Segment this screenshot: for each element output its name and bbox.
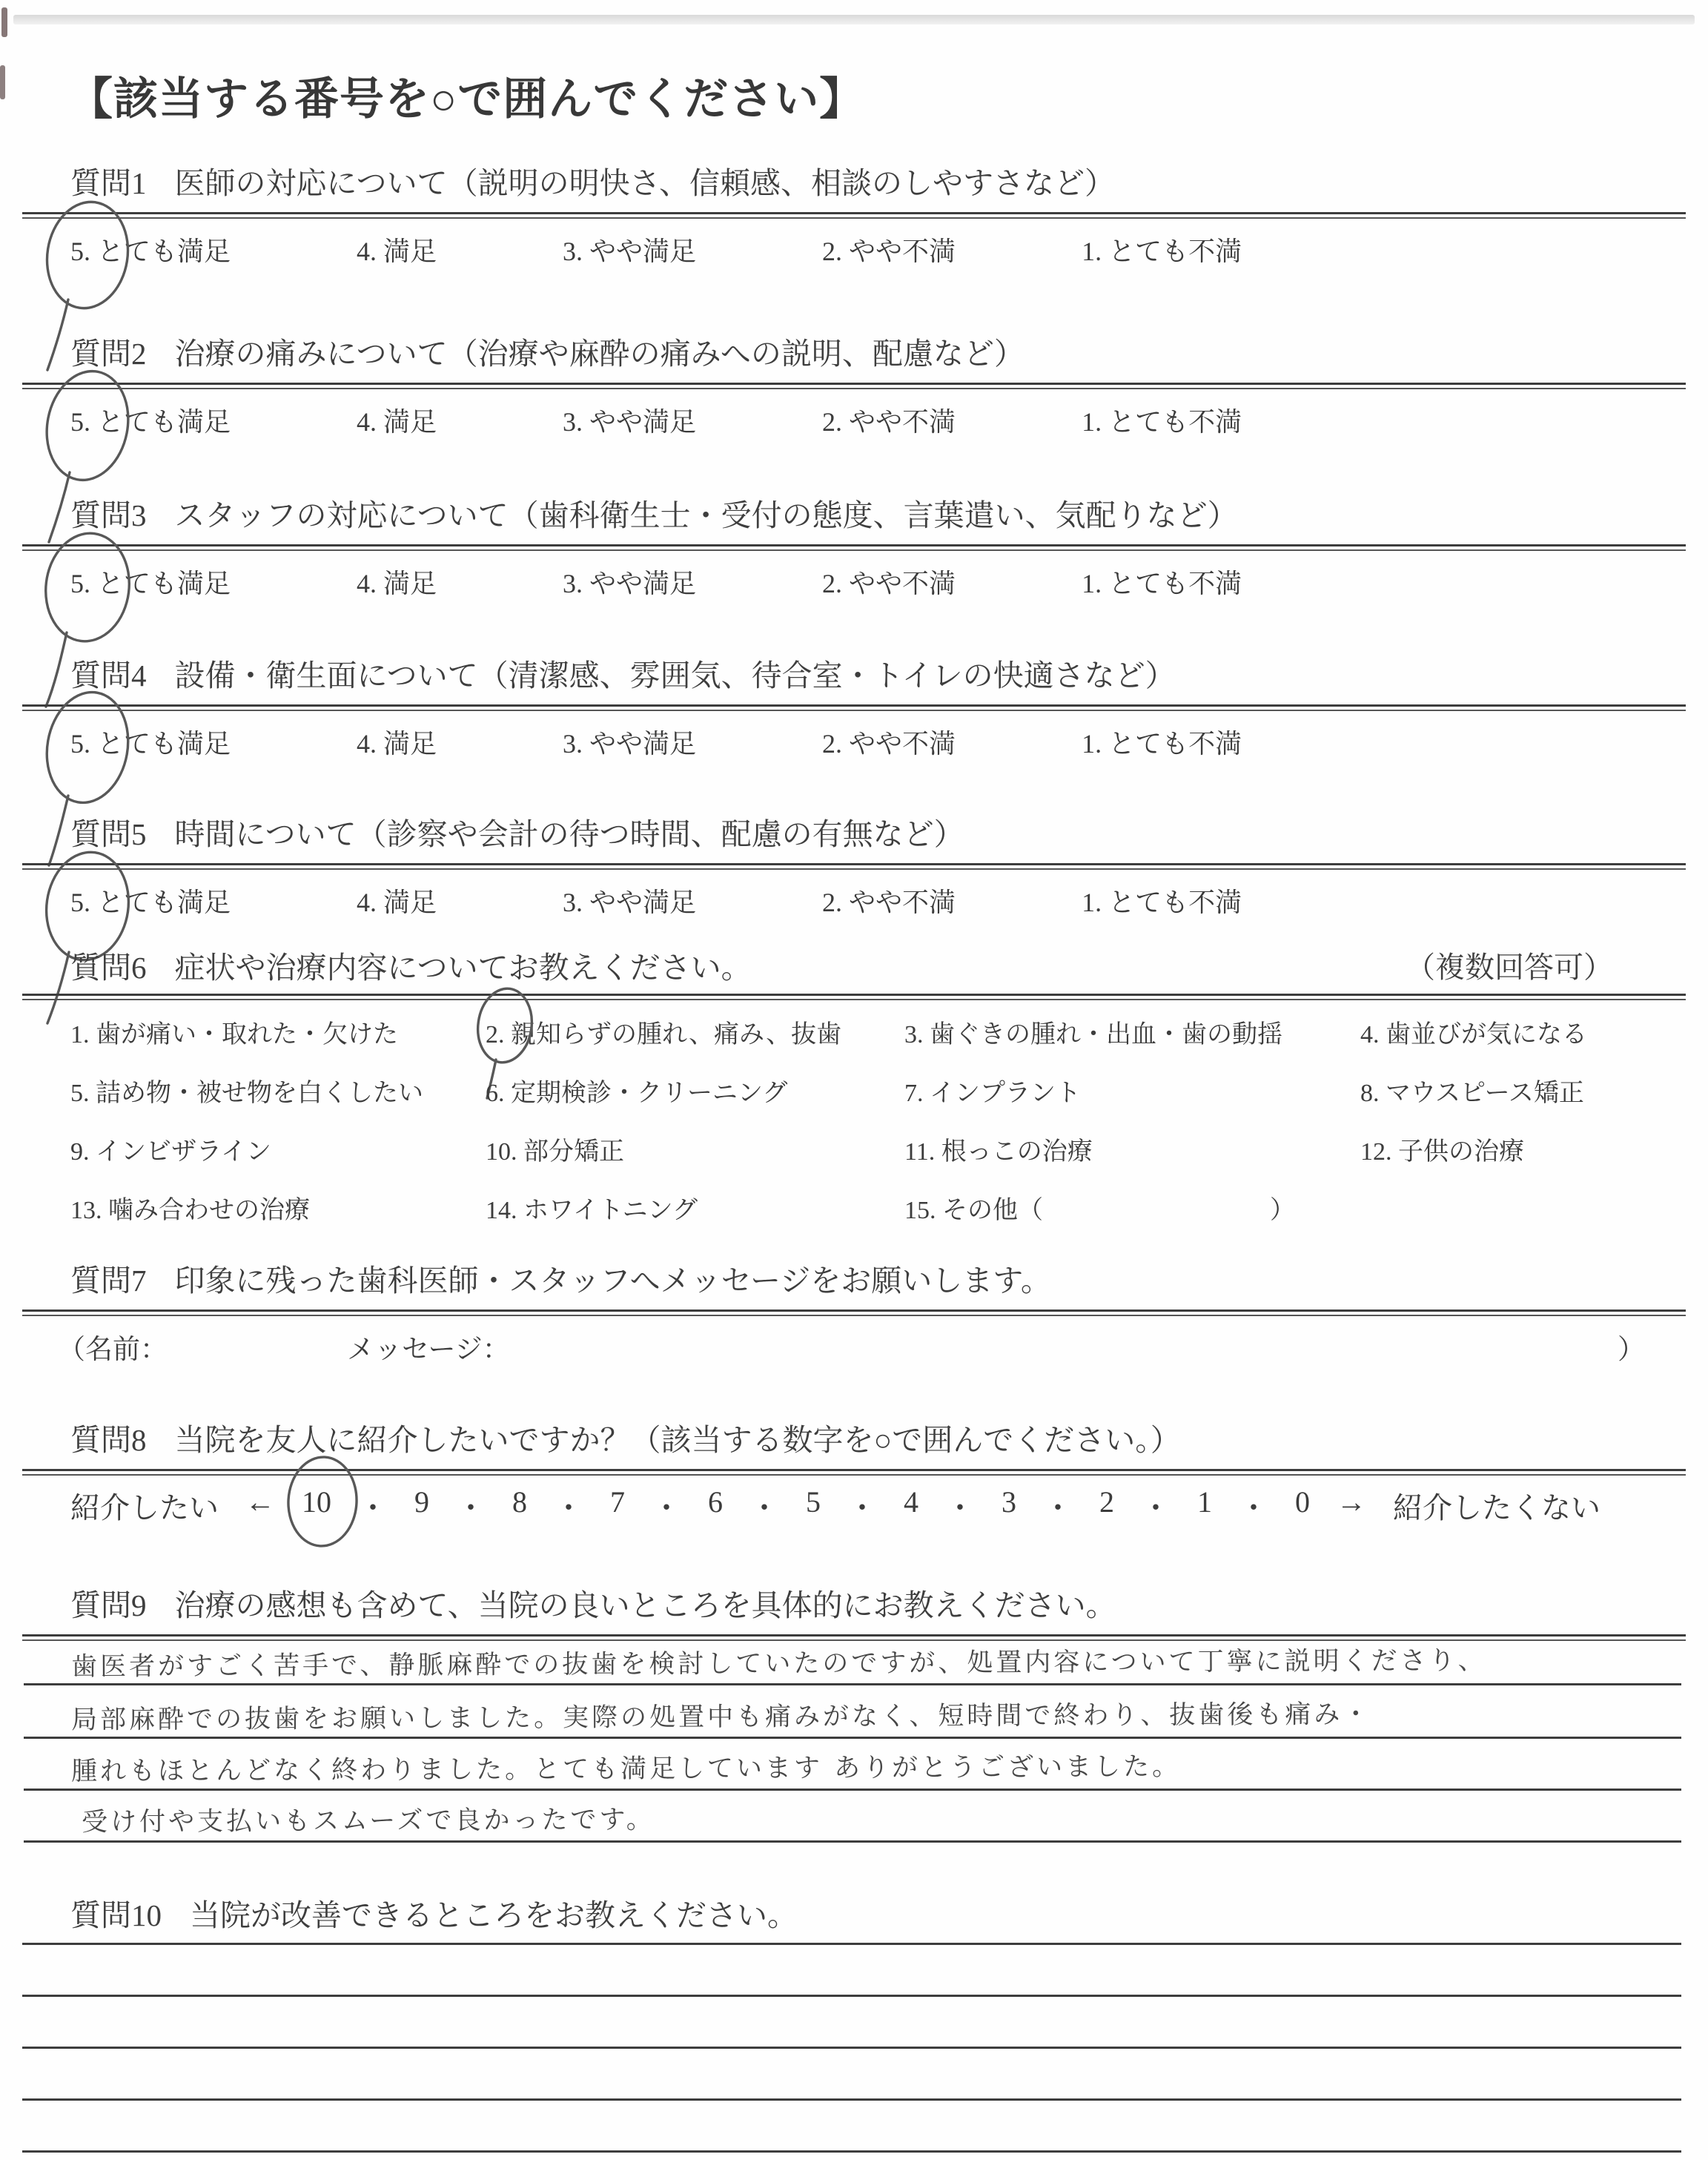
heading-rule [22, 544, 1686, 551]
question-5-label: 質問5 [70, 817, 147, 851]
question-7-topic: 印象に残った歯科医師・スタッフへメッセージをお願いします。 [175, 1264, 1051, 1298]
q6-option-3: 3. 歯ぐきの腫れ・出血・歯の動揺 [904, 1009, 1360, 1068]
rating-option-2: 2. やや不満 [822, 882, 956, 919]
question-3-heading: 質問3スタッフの対応について（歯科衛生士・受付の態度、言葉遣い、気配りなど） [0, 495, 1708, 535]
survey-page: 【該当する番号を○で囲んでください】 質問1医師の対応について（説明の明快さ、信… [0, 0, 1708, 2160]
question-1-heading: 質問1医師の対応について（説明の明快さ、信頼感、相談のしやすさなど） [0, 163, 1708, 203]
rating-option-1: 1. とても不満 [1082, 723, 1242, 761]
q6-close-paren: ） [1270, 1189, 1295, 1226]
q9-handwriting-1: 歯医者がすごく苦手で、静脈麻酔での抜歯を検討していたのですが、処置内容について丁… [71, 1640, 1487, 1683]
q8-number-8: 8 [512, 1484, 527, 1519]
question-6-section: 質問6症状や治療内容についてお教えください。 （複数回答可） 1. 歯が痛い・取… [0, 948, 1708, 1244]
rating-option-5: 5. とても満足 [70, 401, 231, 439]
rating-option-3: 3. やや満足 [563, 882, 696, 919]
q6-option-10: 10. 部分矯正 [486, 1126, 904, 1185]
question-2-heading: 質問2治療の痛みについて（治療や麻酔の痛みへの説明、配慮など） [0, 334, 1708, 374]
question-10-topic: 当院が改善できるところをお教えください。 [190, 1898, 798, 1932]
heading-rule [22, 863, 1686, 870]
rating-option-1: 1. とても不満 [1082, 401, 1242, 439]
question-9-heading: 質問9治療の感想も含めて、当院の良いところを具体的にお教えください。 [0, 1585, 1708, 1625]
question-5-topic: 時間について（診察や会計の待つ時間、配慮の有無など） [175, 817, 964, 851]
heading-rule [22, 1469, 1686, 1476]
page-title: 【該当する番号を○で囲んでください】 [68, 64, 864, 128]
q9-answer-line-4: 受け付や支払いもスムーズで良かったです。 [24, 1789, 1681, 1843]
question-2-topic: 治療の痛みについて（治療や麻酔の痛みへの説明、配慮など） [175, 337, 1025, 371]
q6-option-8: 8. マウスピース矯正 [1360, 1068, 1708, 1126]
question-7-section: 質問7印象に残った歯科医師・スタッフへメッセージをお願いします。 （名前： メッ… [0, 1261, 1708, 1373]
q8-right-arrow-icon: → [1337, 1484, 1366, 1519]
rating-option-3: 3. やや満足 [563, 401, 696, 439]
question-7-label: 質問7 [70, 1264, 147, 1298]
rating-option-3: 3. やや満足 [563, 563, 696, 601]
q7-close-paren: ） [1618, 1327, 1645, 1367]
q8-number-3: 3 [1002, 1484, 1016, 1519]
q9-handwriting-2: 局部麻酔での抜歯をお願いしました。実際の処置中も痛みがなく、短時間で終わり、抜歯… [71, 1694, 1372, 1737]
question-8-section: 質問8当院を友人に紹介したいですか？（該当する数字を○で囲んでください。） 紹介… [0, 1420, 1708, 1527]
q6-option-6: 6. 定期検診・クリーニング [486, 1068, 904, 1126]
q8-number-10: 10 [302, 1484, 331, 1519]
question-1-rating-row: 5. とても満足 4. 満足 3. やや満足 2. やや不満 1. とても不満 [0, 231, 1708, 268]
q8-number-9: 9 [414, 1484, 429, 1519]
rating-option-5: 5. とても満足 [70, 563, 231, 601]
rating-option-1: 1. とても不満 [1082, 231, 1242, 268]
rating-option-2: 2. やや不満 [822, 231, 956, 268]
q9-answer-line-3: 腫れもほとんどなく終わりました。とても満足しています ありがとうございました。 [24, 1737, 1681, 1791]
question-8-label: 質問8 [70, 1423, 147, 1457]
q10-blank-line-1 [22, 1943, 1681, 1945]
q9-answer-line-1: 歯医者がすごく苦手で、静脈麻酔での抜歯を検討していたのですが、処置内容について丁… [24, 1631, 1681, 1685]
rating-option-4: 4. 満足 [357, 723, 437, 761]
heading-rule [22, 383, 1686, 389]
rating-option-5: 5. とても満足 [70, 882, 231, 919]
q8-dot: ・ [945, 1484, 975, 1527]
q6-option-14: 14. ホワイトニング [486, 1185, 904, 1244]
q7-name-label: （名前： [58, 1327, 168, 1367]
q6-options-grid: 1. 歯が痛い・取れた・欠けた 2. 親知らずの腫れ、痛み、抜歯 3. 歯ぐきの… [0, 1009, 1708, 1244]
q6-option-5: 5. 詰め物・被せ物を白くしたい [70, 1068, 486, 1126]
question-6-topic: 症状や治療内容についてお教えください。 [175, 951, 752, 985]
rating-option-5: 5. とても満足 [70, 231, 231, 268]
question-4-topic: 設備・衛生面について（清潔感、雰囲気、待合室・トイレの快適さなど） [175, 658, 1176, 693]
q6-option-7: 7. インプラント [904, 1068, 1360, 1126]
rating-option-2: 2. やや不満 [822, 723, 956, 761]
question-9-label: 質問9 [70, 1588, 147, 1622]
q8-number-6: 6 [708, 1484, 723, 1519]
question-10-heading: 質問10当院が改善できるところをお教えください。 [0, 1895, 1708, 1935]
q8-dot: ・ [554, 1484, 583, 1527]
q10-blank-line-2 [22, 1995, 1681, 1997]
q10-blank-line-5 [22, 2150, 1681, 2153]
rating-option-4: 4. 満足 [357, 401, 437, 439]
question-8-heading: 質問8当院を友人に紹介したいですか？（該当する数字を○で囲んでください。） [0, 1420, 1708, 1460]
q7-answer-row: （名前： メッセージ： ） [0, 1327, 1708, 1373]
question-5-rating-row: 5. とても満足 4. 満足 3. やや満足 2. やや不満 1. とても不満 [0, 882, 1708, 919]
q6-option-2: 2. 親知らずの腫れ、痛み、抜歯 [486, 1009, 904, 1068]
question-10-label: 質問10 [70, 1898, 162, 1932]
question-7-heading: 質問7印象に残った歯科医師・スタッフへメッセージをお願いします。 [0, 1261, 1708, 1301]
rating-option-2: 2. やや不満 [822, 401, 956, 439]
rating-option-3: 3. やや満足 [563, 723, 696, 761]
question-9-topic: 治療の感想も含めて、当院の良いところを具体的にお教えください。 [175, 1588, 1116, 1622]
rating-option-4: 4. 満足 [357, 882, 437, 919]
question-4-label: 質問4 [70, 658, 147, 693]
q8-dot: ・ [1141, 1484, 1171, 1527]
question-5-heading: 質問5時間について（診察や会計の待つ時間、配慮の有無など） [0, 814, 1708, 854]
question-2-section: 質問2治療の痛みについて（治療や麻酔の痛みへの説明、配慮など） 5. とても満足… [0, 334, 1708, 439]
question-1-label: 質問1 [70, 166, 147, 200]
q8-number-7: 7 [610, 1484, 625, 1519]
question-1-section: 質問1医師の対応について（説明の明快さ、信頼感、相談のしやすさなど） 5. とて… [0, 163, 1708, 268]
q8-left-arrow-icon: ← [245, 1484, 275, 1519]
q8-right-label: 紹介したくない [1393, 1484, 1601, 1527]
q9-handwriting-4: 受け付や支払いもスムーズで良かったです。 [82, 1799, 655, 1838]
q8-dot: ・ [1239, 1484, 1268, 1527]
question-10-section: 質問10当院が改善できるところをお教えください。 [0, 1895, 1708, 2159]
q10-blank-line-4 [22, 2098, 1681, 2101]
q8-dot: ・ [1043, 1484, 1073, 1527]
q6-option-15: 15. その他（ ） [904, 1185, 1360, 1244]
question-4-section: 質問4設備・衛生面について（清潔感、雰囲気、待合室・トイレの快適さなど） 5. … [0, 655, 1708, 761]
q8-dot: ・ [749, 1484, 779, 1527]
rating-option-4: 4. 満足 [357, 563, 437, 601]
q8-number-1: 1 [1197, 1484, 1212, 1519]
scan-edge-artifact [1, 7, 7, 37]
question-3-label: 質問3 [70, 498, 147, 532]
heading-rule [22, 212, 1686, 219]
rating-option-3: 3. やや満足 [563, 231, 696, 268]
heading-rule [22, 1309, 1686, 1316]
heading-rule [22, 704, 1686, 711]
q8-number-2: 2 [1099, 1484, 1114, 1519]
q8-left-label: 紹介したい [70, 1484, 219, 1527]
rating-option-2: 2. やや不満 [822, 563, 956, 601]
question-2-label: 質問2 [70, 337, 147, 371]
question-5-section: 質問5時間について（診察や会計の待つ時間、配慮の有無など） 5. とても満足 4… [0, 814, 1708, 919]
q9-handwriting-3: 腫れもほとんどなく終わりました。とても満足しています ありがとうございました。 [71, 1746, 1181, 1789]
q8-dot: ・ [456, 1484, 486, 1527]
question-3-section: 質問3スタッフの対応について（歯科衛生士・受付の態度、言葉遣い、気配りなど） 5… [0, 495, 1708, 601]
question-3-topic: スタッフの対応について（歯科衛生士・受付の態度、言葉遣い、気配りなど） [175, 498, 1238, 532]
rating-option-1: 1. とても不満 [1082, 882, 1242, 919]
question-4-rating-row: 5. とても満足 4. 満足 3. やや満足 2. やや不満 1. とても不満 [0, 723, 1708, 761]
rating-option-4: 4. 満足 [357, 231, 437, 268]
q8-dot: ・ [358, 1484, 388, 1527]
q6-option-1: 1. 歯が痛い・取れた・欠けた [70, 1009, 486, 1068]
q6-multi-answer-note: （複数回答可） [1406, 948, 1613, 988]
q8-number-5: 5 [806, 1484, 821, 1519]
q9-answer-line-2: 局部麻酔での抜歯をお願いしました。実際の処置中も痛みがなく、短時間で終わり、抜歯… [24, 1685, 1681, 1739]
q10-blank-line-3 [22, 2047, 1681, 2049]
q8-number-4: 4 [904, 1484, 918, 1519]
q8-dot: ・ [652, 1484, 681, 1527]
question-4-heading: 質問4設備・衛生面について（清潔感、雰囲気、待合室・トイレの快適さなど） [0, 655, 1708, 696]
question-2-rating-row: 5. とても満足 4. 満足 3. やや満足 2. やや不満 1. とても不満 [0, 401, 1708, 439]
scan-artifact-band [13, 15, 1695, 24]
question-3-rating-row: 5. とても満足 4. 満足 3. やや満足 2. やや不満 1. とても不満 [0, 563, 1708, 601]
scan-edge-artifact [0, 65, 5, 99]
q8-dot: ・ [847, 1484, 877, 1527]
q6-option-11: 11. 根っこの治療 [904, 1126, 1360, 1185]
question-6-heading: 質問6症状や治療内容についてお教えください。 （複数回答可） [0, 948, 1708, 988]
q8-scale-row: 紹介したい ← 10 ・ 9 ・ 8 ・ 7 ・ 6 ・ 5 ・ 4 ・ 3 ・… [0, 1484, 1708, 1527]
q6-option-13: 13. 噛み合わせの治療 [70, 1185, 486, 1244]
q6-empty-cell [1360, 1185, 1708, 1244]
question-6-label: 質問6 [70, 951, 147, 985]
question-9-section: 質問9治療の感想も含めて、当院の良いところを具体的にお教えください。 歯医者がす… [0, 1585, 1708, 1852]
q8-number-0: 0 [1295, 1484, 1310, 1519]
q7-message-label: メッセージ： [347, 1327, 510, 1367]
rating-option-1: 1. とても不満 [1082, 563, 1242, 601]
q6-option-12: 12. 子供の治療 [1360, 1126, 1708, 1185]
heading-rule [22, 994, 1686, 1000]
q6-option-4: 4. 歯並びが気になる [1360, 1009, 1708, 1068]
q6-option-9: 9. インビザライン [70, 1126, 486, 1185]
rating-option-5: 5. とても満足 [70, 723, 231, 761]
question-8-topic: 当院を友人に紹介したいですか？（該当する数字を○で囲んでください。） [175, 1423, 1181, 1457]
question-1-topic: 医師の対応について（説明の明快さ、信頼感、相談のしやすさなど） [175, 166, 1116, 200]
